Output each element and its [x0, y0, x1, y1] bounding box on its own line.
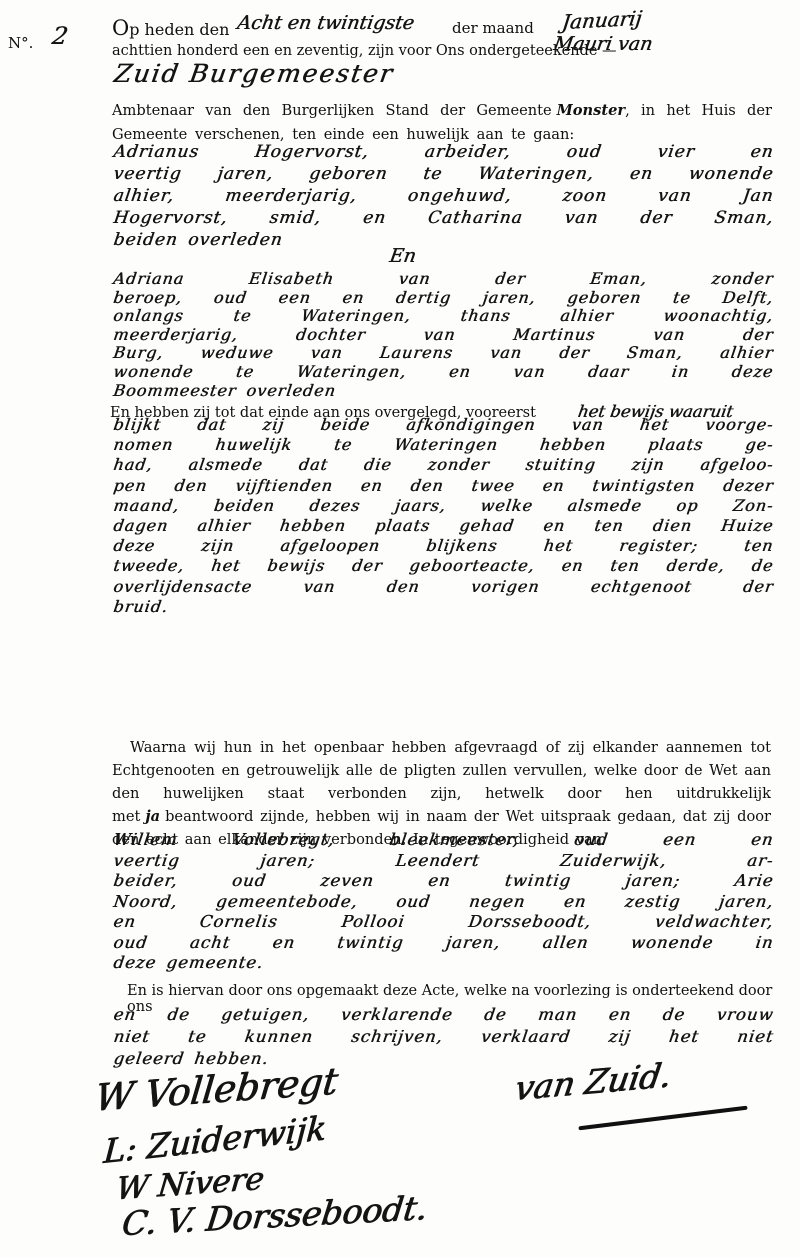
- signature-underline-flourish: [578, 1106, 747, 1131]
- handwriting-line: Noord, gemeentebode, oud negen en zestig…: [112, 892, 775, 913]
- handwriting-line: Boommeester overleden: [112, 382, 775, 401]
- handwritten-connector-en: En: [388, 245, 418, 267]
- handwriting-line: veertig jaren, geboren te Wateringen, en…: [112, 163, 775, 185]
- handwriting-line: overlijdensacte van den vorigen echtgeno…: [112, 577, 775, 597]
- handwriting-line: wonende te Wateringen, en van daar in de…: [112, 363, 775, 382]
- handwritten-documents-block: blijkt dat zij beide afkondigingen van h…: [112, 415, 772, 617]
- handwritten-bride-block: Adriana Elisabeth van der Eman, zonder b…: [112, 270, 772, 400]
- handwriting-line: niet te kunnen schrijven, verklaard zij …: [112, 1026, 775, 1048]
- handwriting-line: nomen huwelijk te Wateringen hebben plaa…: [112, 435, 775, 455]
- handwriting-line: dagen alhier hebben plaats gehad en ten …: [112, 516, 775, 536]
- handwriting-line: tweede, het bewijs der geboorteacte, en …: [112, 556, 775, 576]
- handwritten-officiant-title: Zuid Burgemeester: [112, 59, 396, 88]
- handwriting-line: oud acht en twintig jaren, allen wonende…: [112, 933, 775, 954]
- handwriting-line: pen den vijftienden en den twee en twint…: [112, 476, 775, 496]
- signature-zuiderwijk: L: Zuiderwijk: [102, 1108, 327, 1171]
- document-number-handwritten: 2: [50, 22, 70, 50]
- handwritten-officiant-name: Mauri van: [552, 33, 654, 55]
- handwriting-line: en de getuigen, verklarende de man en de…: [112, 1004, 775, 1026]
- handwriting-line: Adrianus Hogervorst, arbeider, oud vier …: [112, 141, 775, 163]
- handwriting-line: Willem Vollebregt, bleekmeester, oud een…: [112, 830, 775, 851]
- document-number-label: N°.: [8, 34, 33, 52]
- printed-der-maand: der maand: [452, 19, 534, 37]
- handwriting-line: blijkt dat zij beide afkondigingen van h…: [112, 415, 775, 435]
- handwriting-line: maand, beiden dezes jaars, welke alsmede…: [112, 496, 775, 516]
- handwriting-line: meerderjarig, dochter van Martinus van d…: [112, 326, 775, 345]
- handwriting-line: deze zijn afgeloopen blijkens het regist…: [112, 536, 775, 556]
- ambtenaar-text-pre: Ambtenaar van den Burgerlijken Stand der…: [112, 102, 552, 119]
- printed-year-line: achttien honderd een en zeventig, zijn v…: [112, 43, 617, 59]
- handwriting-line: Burg, weduwe van Laurens van der Sman, a…: [112, 344, 775, 363]
- marriage-certificate-page: N°. 2 Op heden den Acht en twintigste de…: [0, 0, 800, 1257]
- handwriting-line: beroep, oud een en dertig jaren, geboren…: [112, 289, 775, 308]
- handwriting-line: onlangs te Wateringen, thans alhier woon…: [112, 307, 775, 326]
- gemeente-name: Monster: [557, 102, 625, 119]
- printed-ambtenaar-paragraph: Ambtenaar van den Burgerlijken Stand der…: [112, 99, 772, 146]
- handwriting-line: veertig jaren; Leendert Zuiderwijk, ar-: [112, 851, 775, 872]
- handwriting-line: en Cornelis Pollooi Dorsseboodt, veldwac…: [112, 912, 775, 933]
- handwriting-line: deze gemeente.: [112, 953, 775, 974]
- handwriting-line: beider, oud zeven en twintig jaren; Arie: [112, 871, 775, 892]
- handwriting-line: bruid.: [112, 597, 775, 617]
- ja-word: ja: [145, 808, 160, 825]
- handwritten-day-fill: Acht en twintigste: [198, 12, 453, 34]
- handwritten-witnesses-block: Willem Vollebregt, bleekmeester, oud een…: [112, 830, 772, 974]
- handwriting-line: beiden overleden: [112, 229, 775, 251]
- handwritten-month-fill: Januarij: [561, 6, 644, 34]
- handwriting-line: Hogervorst, smid, en Catharina van der S…: [112, 207, 775, 229]
- handwriting-line: had, alsmede dat die zonder stuiting zij…: [112, 455, 775, 475]
- handwriting-line: alhier, meerderjarig, ongehuwd, zoon van…: [112, 185, 775, 207]
- handwritten-groom-block: Adrianus Hogervorst, arbeider, oud vier …: [112, 141, 772, 251]
- handwriting-line: geleerd hebben.: [112, 1048, 775, 1070]
- handwriting-line: Adriana Elisabeth van der Eman, zonder: [112, 270, 775, 289]
